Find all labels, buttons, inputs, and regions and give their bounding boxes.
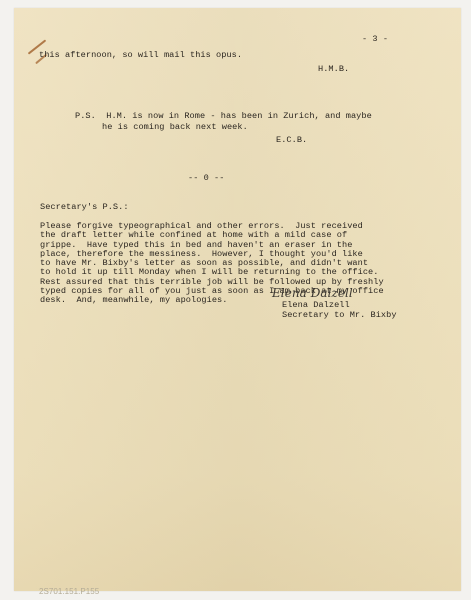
page-number: - 3 - bbox=[362, 34, 388, 45]
closing-line: this afternoon, so will mail this opus. bbox=[39, 50, 242, 61]
closing-initials: H.M.B. bbox=[318, 64, 349, 75]
catalog-number: 2S701.151.P155 bbox=[39, 587, 99, 598]
handwritten-signature: Elena Dalzell bbox=[272, 288, 353, 299]
secretary-ps-title: Secretary's P.S.: bbox=[40, 202, 129, 213]
signature-block: Elena Dalzell Secretary to Mr. Bixby bbox=[282, 300, 397, 320]
postscript-line-2: he is coming back next week. bbox=[102, 122, 248, 133]
postscript-initials: E.C.B. bbox=[276, 135, 307, 146]
section-separator: -- 0 -- bbox=[188, 173, 224, 184]
document-page: - 3 - this afternoon, so will mail this … bbox=[14, 8, 461, 591]
postscript-line-1: P.S. H.M. is now in Rome - has been in Z… bbox=[75, 111, 372, 122]
